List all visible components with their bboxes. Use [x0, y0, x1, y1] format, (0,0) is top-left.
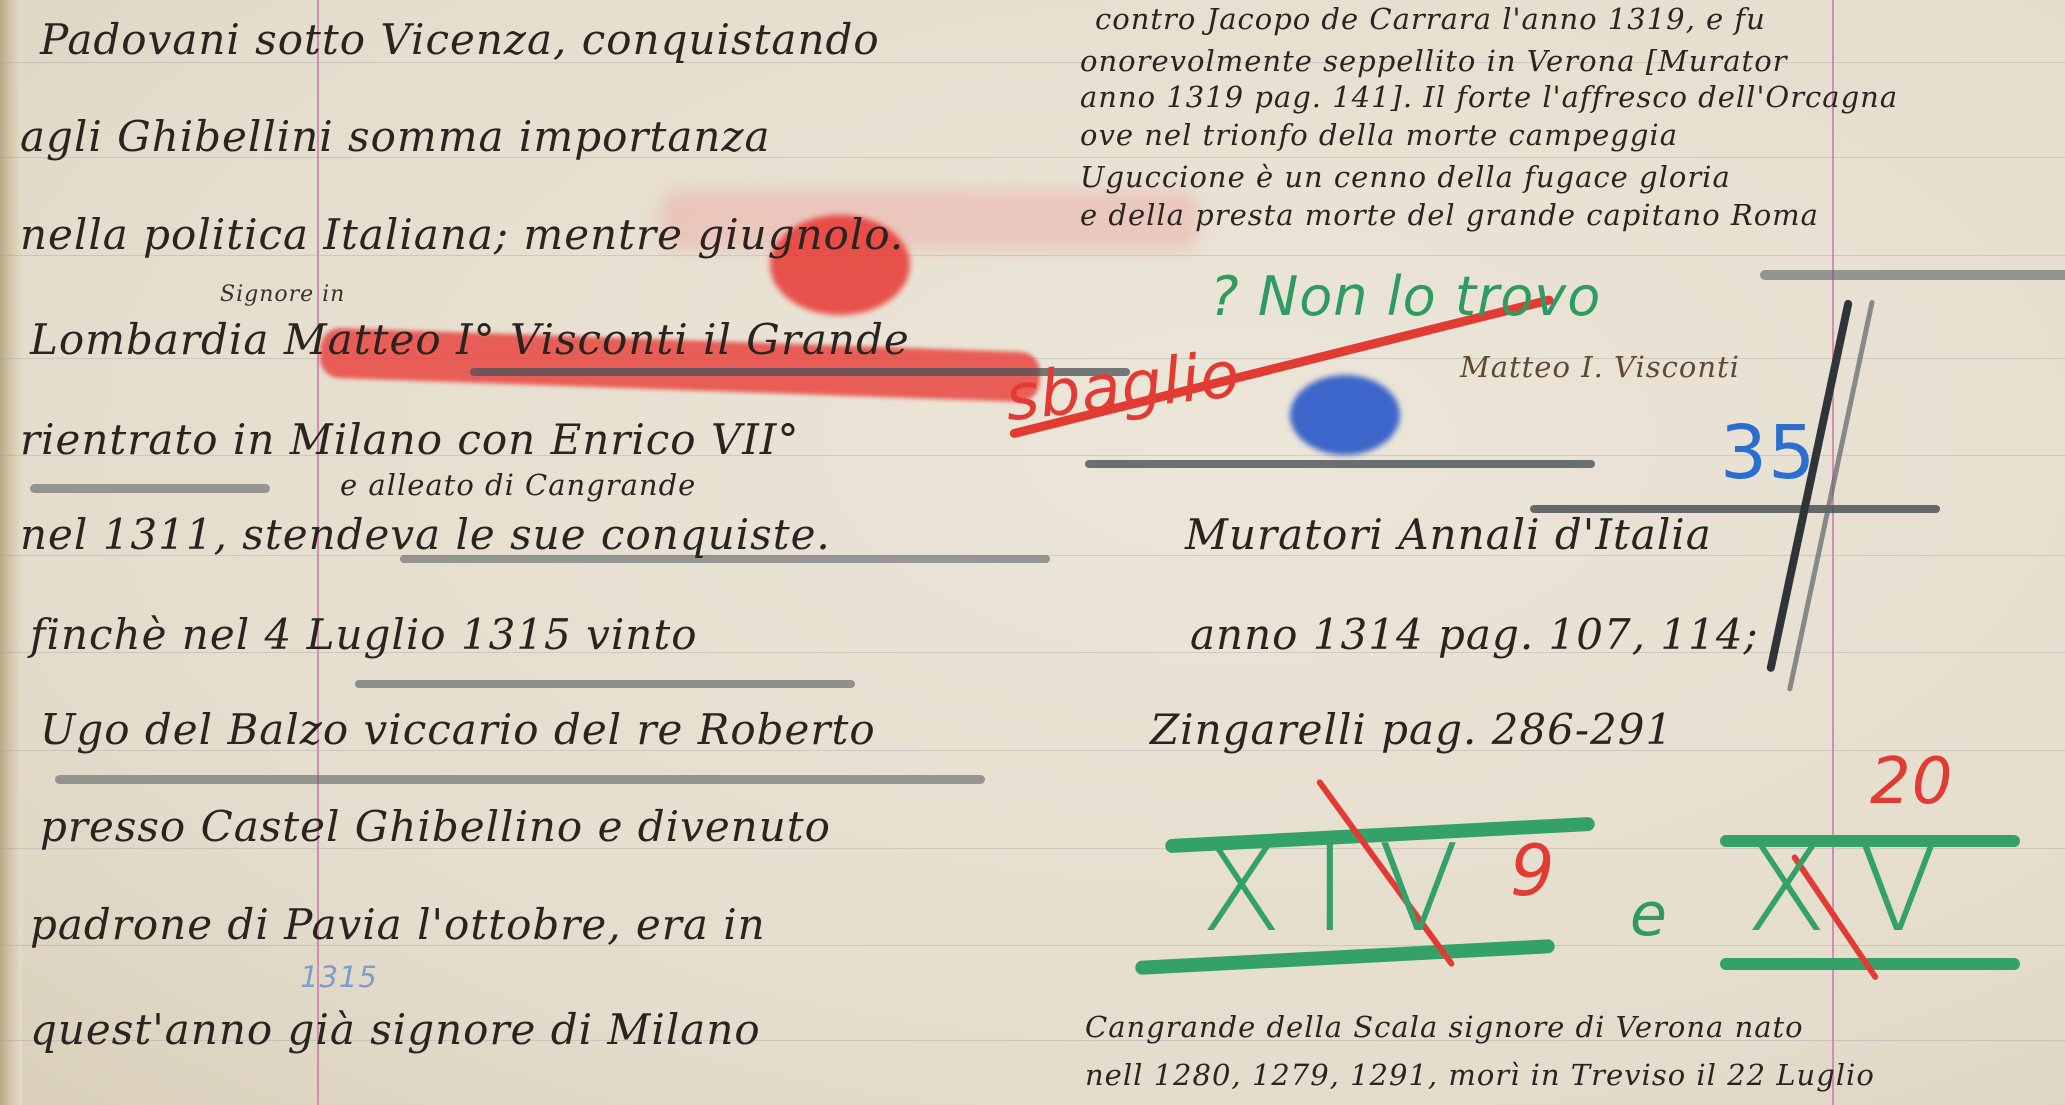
graphite-bar [1085, 460, 1595, 468]
text-line: rientrato in Milano con Enrico VII° [20, 415, 799, 464]
text-line: nella politica Italiana; mentre giugnolo… [20, 210, 904, 259]
interlinear-note: Signore in [220, 282, 345, 307]
text-line: anno 1319 pag. 141]. Il forte l'affresco… [1080, 80, 1898, 114]
text-line: padrone di Pavia l'ottobre, era in [30, 900, 766, 949]
green-pencil-note: ? Non lo trovo [1210, 265, 1601, 328]
blue-pencil-number: 35 [1720, 410, 1816, 496]
graphite-underline [355, 680, 855, 688]
graphite-bar [1760, 270, 2065, 280]
brown-ink-note: Matteo I. Visconti [1460, 350, 1740, 384]
text-line: agli Ghibellini somma importanza [20, 112, 771, 161]
reference-line: anno 1314 pag. 107, 114; [1190, 610, 1759, 659]
text-line: Cangrande della Scala signore di Verona … [1085, 1010, 1804, 1044]
red-correction: 9 [1510, 830, 1556, 912]
roman-numeral-left: XIV [1200, 820, 1490, 959]
blue-pencil-blot [1290, 375, 1400, 455]
text-line: nel 1311, stendeva le sue conquiste. [20, 510, 831, 559]
text-line: e della presta morte del grande capitano… [1080, 198, 1819, 232]
text-line: Uguccione è un cenno della fugace gloria [1080, 160, 1731, 194]
text-line: Padovani sotto Vicenza, conquistando [40, 15, 880, 64]
red-pencil-note: sbaglio [1002, 338, 1244, 436]
pencil-year-note: 1315 [300, 960, 378, 994]
interlinear-note: e alleato di Cangrande [340, 468, 696, 502]
notebook-page: Padovani sotto Vicenza, conquistando agl… [0, 0, 2065, 1105]
text-line: contro Jacopo de Carrara l'anno 1319, e … [1095, 2, 1766, 36]
reference-line: Zingarelli pag. 286-291 [1150, 705, 1673, 754]
text-line: finchè nel 4 Luglio 1315 vinto [30, 610, 698, 659]
red-correction: 20 [1870, 745, 1953, 819]
text-line: Ugo del Balzo viccario del re Roberto [40, 705, 876, 754]
page-binding-edge [0, 0, 22, 1105]
roman-numeral-right: XV [1745, 820, 1969, 959]
text-line: quest'anno già signore di Milano [30, 1005, 761, 1054]
graphite-underline [30, 484, 270, 493]
graphite-underline [55, 775, 985, 784]
text-line: Lombardia Matteo I° Visconti il Grande [30, 315, 910, 364]
text-line: nell 1280, 1279, 1291, morì in Treviso i… [1085, 1058, 1875, 1092]
roman-connector: e [1630, 880, 1668, 950]
text-line: presso Castel Ghibellino e divenuto [40, 802, 831, 851]
text-line: onorevolmente seppellito in Verona [Mura… [1080, 44, 1788, 78]
reference-line: Muratori Annali d'Italia [1185, 510, 1712, 559]
text-line: ove nel trionfo della morte campeggia [1080, 118, 1678, 152]
